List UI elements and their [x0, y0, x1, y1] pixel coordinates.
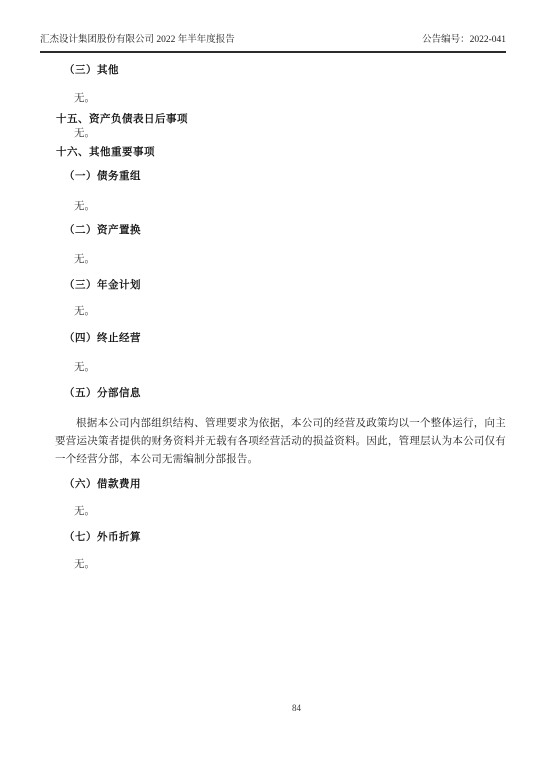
subsection-heading-segment-info: （五）分部信息	[64, 387, 506, 401]
none-text: 无。	[74, 505, 506, 519]
none-text: 无。	[74, 305, 506, 319]
none-text: 无。	[74, 200, 506, 214]
subsection-heading-discontinued-operations: （四）终止经营	[64, 332, 506, 346]
subsection-heading-foreign-currency: （七）外币折算	[64, 531, 506, 545]
page-header: 汇杰设计集团股份有限公司 2022 年半年度报告 公告编号：2022-041	[40, 34, 506, 53]
none-text: 无。	[74, 253, 506, 267]
report-content: （三）其他 无。 十五、资产负债表日后事项 无。 十六、其他重要事项 （一）债务…	[40, 53, 506, 572]
report-page: 汇杰设计集团股份有限公司 2022 年半年度报告 公告编号：2022-041 （…	[0, 0, 545, 771]
none-text: 无。	[74, 558, 506, 572]
subsection-heading-annuity-plan: （三）年金计划	[64, 279, 506, 293]
none-text: 无。	[74, 361, 506, 375]
page-footer: 84	[292, 702, 301, 714]
header-announcement-number: 公告编号：2022-041	[422, 34, 506, 47]
subsection-heading-debt-restructuring: （一）债务重组	[64, 170, 506, 184]
header-company-title: 汇杰设计集团股份有限公司 2022 年半年度报告	[40, 34, 235, 47]
none-text: 无。	[74, 127, 506, 141]
segment-info-paragraph: 根据本公司内部组织结构、管理要求为依据，本公司的经营及政策均以一个整体运行，向主…	[55, 415, 506, 469]
subsection-heading-borrowing-costs: （六）借款费用	[64, 478, 506, 492]
section-heading-other-important: 十六、其他重要事项	[56, 146, 506, 160]
section-heading-post-balance-events: 十五、资产负债表日后事项	[56, 113, 506, 127]
subsection-heading-asset-swap: （二）资产置换	[64, 224, 506, 238]
page-number: 84	[292, 703, 301, 713]
subsection-heading-other: （三）其他	[64, 64, 506, 78]
none-text: 无。	[74, 92, 506, 106]
